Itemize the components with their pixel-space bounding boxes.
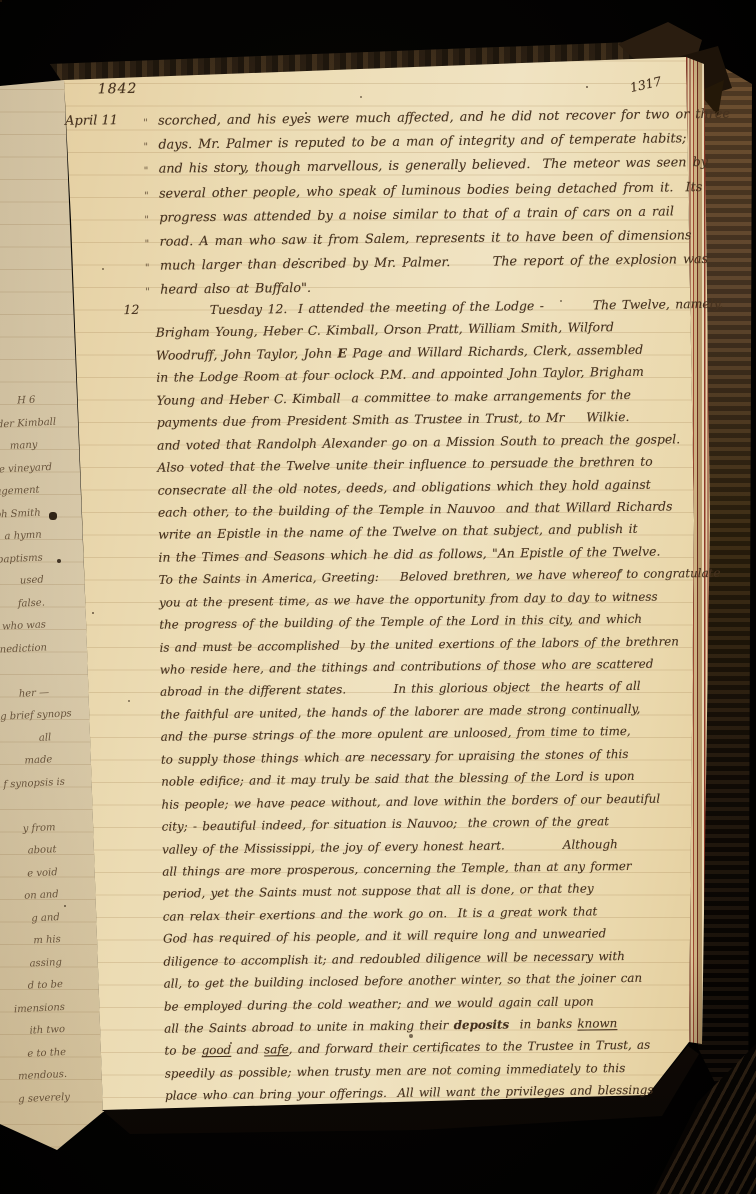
ditto-mark: " bbox=[144, 184, 149, 208]
ditto-mark: " bbox=[145, 257, 150, 281]
page-fragment: a hymn bbox=[0, 524, 49, 549]
page-fragment: many bbox=[0, 434, 45, 459]
page-fragment: d to be bbox=[12, 974, 70, 999]
page-fragment: ph Smith bbox=[0, 502, 48, 527]
margin-date-label: April 11 bbox=[65, 113, 118, 129]
paper-specks bbox=[0, 0, 2, 2]
ditto-mark: " bbox=[144, 209, 149, 233]
page-fragment: who was bbox=[0, 614, 53, 639]
year-heading: 1842 bbox=[98, 81, 138, 97]
page-fragment: baptisms bbox=[0, 547, 50, 572]
handwritten-text-layer: 1842 1317 April 11 12 "scorched, and his… bbox=[0, 0, 756, 1194]
page-fragment: H 6 bbox=[0, 389, 43, 414]
page-fragment bbox=[4, 794, 62, 819]
entry-april-11: "scorched, and his eyes were much affect… bbox=[158, 103, 700, 303]
page-fragment: nediction bbox=[0, 637, 55, 662]
page-fragment: assing bbox=[11, 951, 69, 976]
page-fragment: e void bbox=[7, 861, 65, 886]
ditto-mark: " bbox=[144, 233, 149, 257]
page-fragment: the vineyard bbox=[0, 457, 46, 482]
page-fragment: g brief synops bbox=[0, 704, 58, 729]
page-fragment: m his bbox=[10, 929, 68, 954]
page-fragment: on and bbox=[8, 884, 66, 909]
page-fragment: about bbox=[6, 839, 64, 864]
page-fragment: e to the bbox=[16, 1041, 74, 1066]
page-fragment: g and bbox=[9, 906, 67, 931]
page-fragment: g severely bbox=[18, 1086, 76, 1111]
ditto-mark: " bbox=[145, 281, 150, 305]
page-fragment: ragement bbox=[0, 479, 47, 504]
page-fragment: f synopsis is bbox=[3, 771, 61, 796]
ditto-mark: " bbox=[144, 160, 149, 184]
ditto-mark: " bbox=[143, 136, 148, 160]
page-number: 1317 bbox=[628, 73, 662, 95]
page-fragment: y from bbox=[5, 816, 63, 841]
page-fragment: Elder Kimball bbox=[0, 412, 44, 437]
page-fragment: made bbox=[2, 749, 60, 774]
manuscript-photo: 1842 1317 April 11 12 "scorched, and his… bbox=[0, 0, 756, 1194]
page-fragment bbox=[0, 659, 56, 684]
page-fragment: false. bbox=[0, 592, 52, 617]
entry-april-12: Tuesday 12. I attended the meeting of th… bbox=[155, 293, 711, 1107]
page-fragment: ith two bbox=[15, 1019, 73, 1044]
page-fragment: mendous. bbox=[17, 1064, 75, 1089]
ditto-mark: " bbox=[143, 112, 148, 136]
page-fragment: her — bbox=[0, 682, 57, 707]
margin-day-number: 12 bbox=[123, 302, 139, 317]
prev-page-text-fragments: H 6Elder Kimballmanythe vineyardragement… bbox=[0, 389, 76, 1111]
page-fragment: all bbox=[1, 726, 59, 751]
page-fragment: imensions bbox=[14, 996, 72, 1021]
page-fragment: used bbox=[0, 569, 51, 594]
